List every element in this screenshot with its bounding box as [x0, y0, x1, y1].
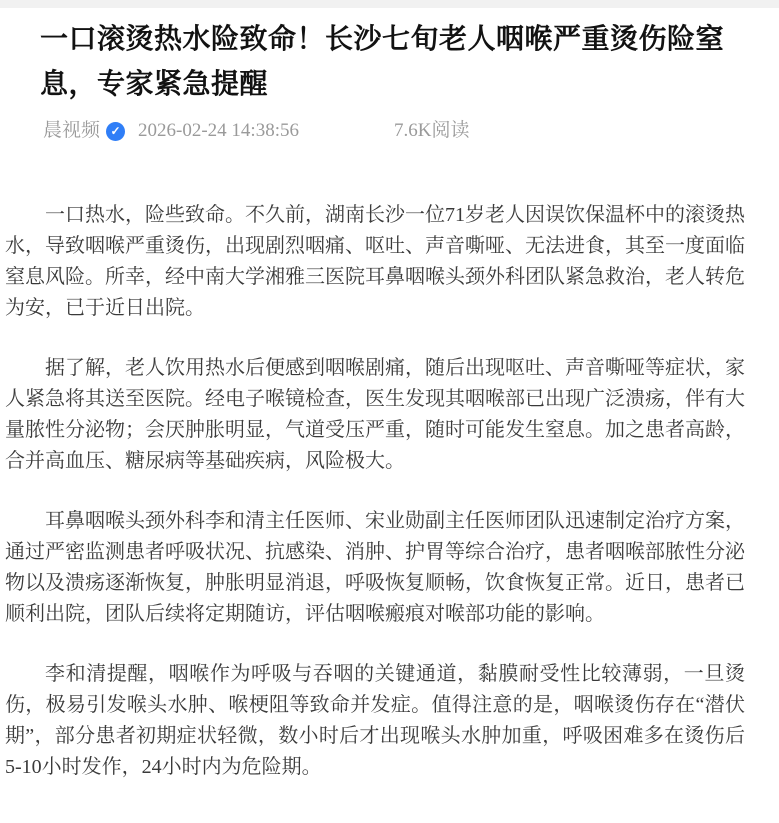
article-body: 一口热水，险些致命。不久前，湖南长沙一位71岁老人因误饮保温杯中的滚烫热水，导致…	[0, 200, 779, 823]
article-title: 一口滚烫热水险致命！长沙七旬老人咽喉严重烫伤险窒息，专家紧急提醒	[40, 16, 729, 106]
article-page: 一口滚烫热水险致命！长沙七旬老人咽喉严重烫伤险窒息，专家紧急提醒 晨视频 ✓ 2…	[0, 0, 779, 823]
article-meta-row: 晨视频 ✓ 2026-02-24 14:38:56 7.6K阅读	[43, 118, 739, 144]
source-name[interactable]: 晨视频	[43, 118, 100, 144]
read-count: 7.6K阅读	[394, 118, 469, 144]
top-strip	[0, 0, 779, 8]
article-paragraph: 一口热水，险些致命。不久前，湖南长沙一位71岁老人因误饮保温杯中的滚烫热水，导致…	[5, 200, 745, 324]
verified-badge-icon: ✓	[106, 122, 125, 141]
article-paragraph: 李和清提醒，咽喉作为呼吸与吞咽的关键通道，黏膜耐受性比较薄弱，一旦烫伤，极易引发…	[5, 659, 745, 783]
publish-datetime: 2026-02-24 14:38:56	[138, 118, 299, 144]
article-paragraph: 耳鼻咽喉头颈外科李和清主任医师、宋业勋副主任医师团队迅速制定治疗方案，通过严密监…	[5, 506, 745, 630]
article-paragraph: 据了解，老人饮用热水后便感到咽喉剧痛，随后出现呕吐、声音嘶哑等症状，家人紧急将其…	[5, 353, 745, 477]
